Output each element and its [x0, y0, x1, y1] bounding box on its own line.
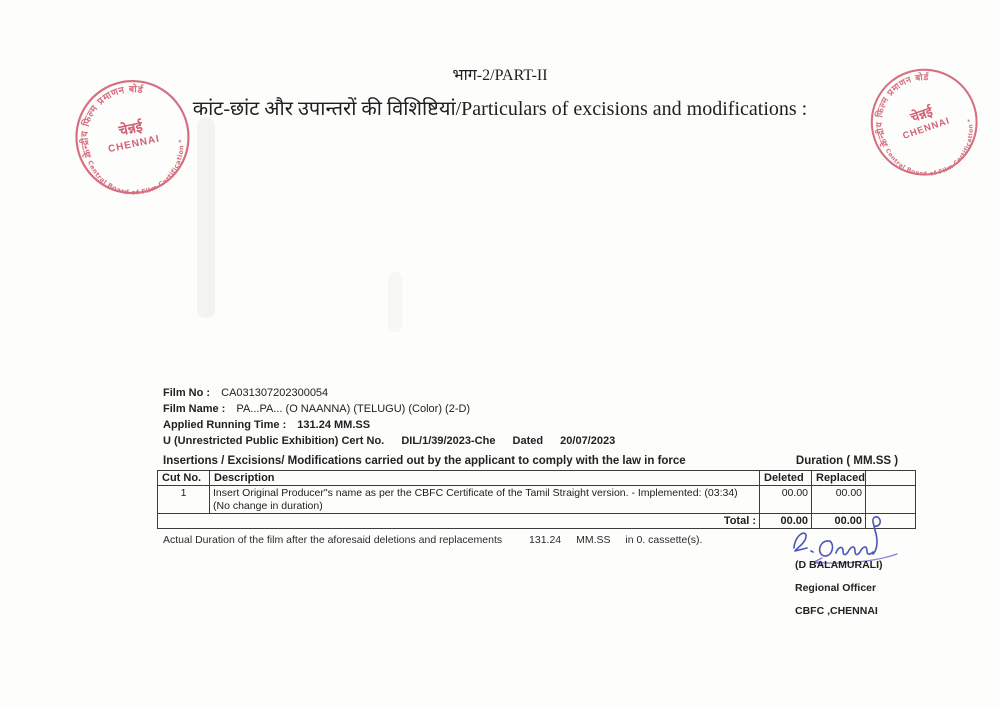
running-time-value: 131.24 MM.SS: [297, 419, 370, 431]
film-no-label: Film No :: [163, 387, 210, 399]
signatory-org: CBFC ,CHENNAI: [795, 605, 878, 617]
film-name-label: Film Name :: [163, 403, 225, 415]
actual-duration-value: 131.24: [529, 534, 561, 546]
col-header-description: Description: [210, 471, 760, 486]
description-line2: (No change in duration): [213, 500, 756, 513]
actual-duration-text: Actual Duration of the film after the af…: [163, 534, 502, 546]
table-header-row: Cut No. Description Deleted Replaced: [158, 471, 916, 486]
stamp-center-english: CHENNAI: [107, 134, 161, 156]
scan-smudge: [197, 118, 215, 318]
cbfc-round-seal-icon: केन्द्रीय फिल्म प्रमाणन बोर्ड * Central …: [59, 64, 206, 211]
col-header-cut-no: Cut No.: [158, 471, 210, 486]
table-caption: Insertions / Excisions/ Modifications ca…: [163, 455, 686, 467]
duration-unit-label: Duration ( MM.SS ): [779, 455, 915, 467]
dated-label: Dated: [513, 435, 544, 447]
col-header-deleted: Deleted: [760, 471, 812, 486]
signatory-name: (D BALAMURALI): [795, 559, 882, 571]
total-label: Total :: [158, 514, 760, 529]
cert-label: U (Unrestricted Public Exhibition) Cert …: [163, 435, 384, 447]
actual-duration-unit: MM.SS: [576, 534, 610, 546]
stamp-center-hindi: चेन्नई: [116, 118, 145, 139]
running-time-line: Applied Running Time : 131.24 MM.SS: [163, 419, 615, 435]
table-row: 1 Insert Original Producer"s name as per…: [158, 486, 916, 514]
film-details: Film No : CA031307202300054 Film Name : …: [163, 387, 615, 451]
deleted-cell: 00.00: [760, 486, 812, 514]
description-line1: Insert Original Producer"s name as per t…: [213, 487, 756, 500]
cbfc-stamp-left: केन्द्रीय फिल्म प्रमाणन बोर्ड * Central …: [59, 64, 207, 216]
replaced-cell: 00.00: [812, 486, 866, 514]
running-time-label: Applied Running Time :: [163, 419, 286, 431]
certificate-page: भाग-2/PART-II कांट-छांट और उपान्तरों की …: [0, 0, 1000, 707]
blank-cell: [866, 486, 916, 514]
cert-no-value: DIL/1/39/2023-Che: [401, 435, 495, 447]
cassette-text: in 0. cassette(s).: [625, 534, 702, 546]
film-name-value: PA...PA... (O NAANNA) (TELUGU) (Color) (…: [236, 403, 470, 415]
scan-smudge: [388, 272, 402, 332]
film-no-value: CA031307202300054: [221, 387, 328, 399]
certificate-line: U (Unrestricted Public Exhibition) Cert …: [163, 435, 615, 451]
col-header-blank: [866, 471, 916, 486]
dated-value: 20/07/2023: [560, 435, 615, 447]
film-name-line: Film Name : PA...PA... (O NAANNA) (TELUG…: [163, 403, 615, 419]
description-cell: Insert Original Producer"s name as per t…: [210, 486, 760, 514]
actual-duration-line: Actual Duration of the film after the af…: [163, 534, 702, 546]
cut-no-cell: 1: [158, 486, 210, 514]
col-header-replaced: Replaced: [812, 471, 866, 486]
signatory-title: Regional Officer: [795, 582, 876, 594]
film-no-line: Film No : CA031307202300054: [163, 387, 615, 403]
